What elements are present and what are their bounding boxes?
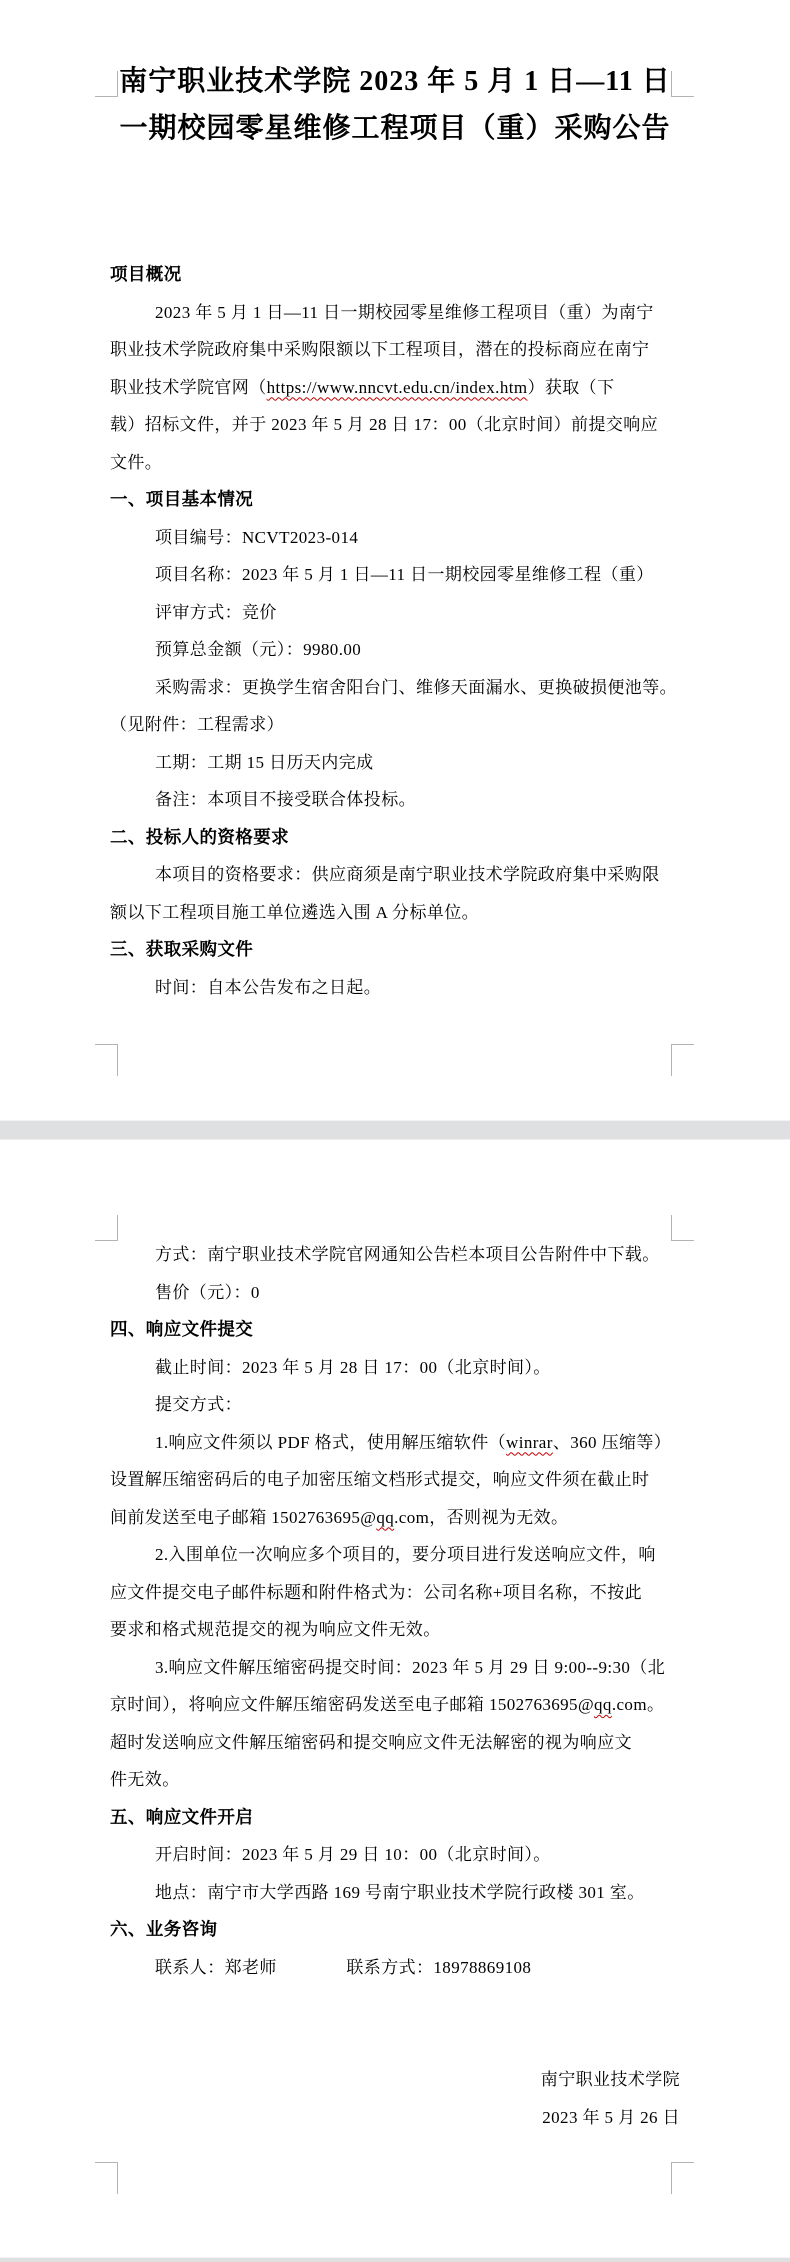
page-separator-bottom [0,2257,790,2262]
text-run: 职业技术学院官网（ [110,378,267,397]
text-line: 载）招标文件，并于 2023 年 5 月 28 日 17：00（北京时间）前提交… [110,406,680,444]
text-run: 开启时间：2023 年 5 月 29 日 10：00（北京时间）。 [155,1845,551,1864]
text-line: 截止时间：2023 年 5 月 28 日 17：00（北京时间）。 [110,1349,680,1387]
text-run: 本项目的资格要求：供应商须是南宁职业技术学院政府集中采购限 [155,865,660,884]
text-line: 2023 年 5 月 26 日 [110,2099,680,2137]
text-run: 六、业务咨询 [110,1919,217,1939]
text-run: .com，否则视为无效。 [394,1508,568,1527]
text-run: 联系人：郑老师 联系方式：18978869108 [155,1958,531,1977]
page-1-content: 项目概况2023 年 5 月 1 日—11 日一期校园零星维修工程项目（重）为南… [0,256,790,1006]
text-line: 职业技术学院官网（https://www.nncvt.edu.cn/index.… [110,369,680,407]
text-line: 2.入围单位一次响应多个项目的，要分项目进行发送响应文件，响 [110,1536,680,1574]
text-run: 职业技术学院政府集中采购限额以下工程项目，潜在的投标商应在南宁 [110,340,649,359]
text-run: 京时间），将响应文件解压缩密码发送至电子邮箱 1502763695@ [110,1695,594,1714]
text-run: （见附件：工程需求） [110,715,284,734]
text-line: 联系人：郑老师 联系方式：18978869108 [110,1949,680,1987]
page-1: 南宁职业技术学院 2023 年 5 月 1 日—11 日 一期校园零星维修工程项… [0,0,790,1120]
page-separator [0,1120,790,1140]
document-view[interactable]: 南宁职业技术学院 2023 年 5 月 1 日—11 日 一期校园零星维修工程项… [0,0,790,2262]
text-line: 工期：工期 15 日历天内完成 [110,744,680,782]
text-run: 时间：自本公告发布之日起。 [155,978,381,997]
section-heading: 五、响应文件开启 [110,1799,680,1837]
section-heading: 六、业务咨询 [110,1911,680,1949]
text-line: 3.响应文件解压缩密码提交时间：2023 年 5 月 29 日 9:00--9:… [110,1649,680,1687]
text-line: 职业技术学院政府集中采购限额以下工程项目，潜在的投标商应在南宁 [110,331,680,369]
text-run: 评审方式：竞价 [155,603,277,622]
section-heading: 一、项目基本情况 [110,481,680,519]
text-line: 额以下工程项目施工单位遴选入围 A 分标单位。 [110,894,680,932]
text-run: 一、项目基本情况 [110,489,253,509]
text-line: 时间：自本公告发布之日起。 [110,969,680,1007]
section-heading: 项目概况 [110,256,680,294]
text-run: 3.响应文件解压缩密码提交时间：2023 年 5 月 29 日 9:00--9:… [155,1658,665,1677]
margin-mark-top-right [671,1215,694,1241]
text-line: 采购需求：更换学生宿舍阳台门、维修天面漏水、更换破损便池等。 [110,669,680,707]
text-line: 提交方式： [110,1386,680,1424]
text-run: 2023 年 5 月 26 日 [542,2108,680,2127]
text-line: 京时间），将响应文件解压缩密码发送至电子邮箱 1502763695@qq.com… [110,1686,680,1724]
text-run: ）获取（下 [527,378,614,397]
text-run: 1.响应文件须以 PDF 格式，使用解压缩软件（ [155,1433,506,1452]
text-line: 要求和格式规范提交的视为响应文件无效。 [110,1611,680,1649]
text-run: 预算总金额（元）：9980.00 [155,640,361,659]
text-run: 超时发送响应文件解压缩密码和提交响应文件无法解密的视为响应文 [110,1733,632,1752]
text-line: 开启时间：2023 年 5 月 29 日 10：00（北京时间）。 [110,1836,680,1874]
text-run: 工期：工期 15 日历天内完成 [155,753,374,772]
text-line: 件无效。 [110,1761,680,1799]
text-run: 件无效。 [110,1770,180,1789]
text-run: 备注：本项目不接受联合体投标。 [155,790,416,809]
text-run: 2023 年 5 月 1 日—11 日一期校园零星维修工程项目（重）为南宁 [155,303,654,322]
spellcheck-squiggle-text: winrar [506,1433,553,1452]
section-heading: 三、获取采购文件 [110,931,680,969]
margin-mark-top-left [95,71,118,97]
spellcheck-squiggle-text: qq [594,1695,612,1714]
text-run: 售价（元）：0 [155,1283,260,1302]
margin-mark-bottom-right [671,2162,694,2194]
text-run: 2.入围单位一次响应多个项目的，要分项目进行发送响应文件，响 [155,1545,656,1564]
text-run: 载）招标文件，并于 2023 年 5 月 28 日 17：00（北京时间）前提交… [110,415,658,434]
text-run: .com。 [612,1695,665,1714]
text-run: 、360 压缩等） [553,1433,671,1452]
text-line: 项目名称：2023 年 5 月 1 日—11 日一期校园零星维修工程（重） [110,556,680,594]
page-2-content: 方式：南宁职业技术学院官网通知公告栏本项目公告附件中下载。售价（元）：0四、响应… [0,1140,790,2136]
margin-mark-top-left [95,1215,118,1241]
text-run: 要求和格式规范提交的视为响应文件无效。 [110,1620,441,1639]
text-line: 方式：南宁职业技术学院官网通知公告栏本项目公告附件中下载。 [110,1236,680,1274]
text-run: 二、投标人的资格要求 [110,827,289,847]
text-line: 备注：本项目不接受联合体投标。 [110,781,680,819]
text-run: 南宁职业技术学院 [541,2070,680,2089]
text-line: 设置解压缩密码后的电子加密压缩文档形式提交，响应文件须在截止时 [110,1461,680,1499]
text-line: 评审方式：竞价 [110,594,680,632]
spellcheck-squiggle-text: qq [376,1508,394,1527]
blank-line [110,2024,680,2062]
text-run: 项目概况 [110,264,182,284]
margin-mark-bottom-right [671,1044,694,1076]
section-heading: 四、响应文件提交 [110,1311,680,1349]
text-run: 间前发送至电子邮箱 1502763695@ [110,1508,376,1527]
text-run: 项目编号：NCVT2023-014 [155,528,358,547]
text-run: 文件。 [110,453,162,472]
page-2: 方式：南宁职业技术学院官网通知公告栏本项目公告附件中下载。售价（元）：0四、响应… [0,1140,790,2257]
text-run: 四、响应文件提交 [110,1319,253,1339]
margin-mark-bottom-left [95,2162,118,2194]
text-run: 额以下工程项目施工单位遴选入围 A 分标单位。 [110,903,479,922]
text-run: 方式：南宁职业技术学院官网通知公告栏本项目公告附件中下载。 [155,1245,660,1264]
text-run: 五、响应文件开启 [110,1807,253,1827]
margin-mark-bottom-left [95,1044,118,1076]
spellcheck-squiggle-text: https://www.nncvt.edu.cn/index.htm [267,378,528,397]
text-run: 项目名称：2023 年 5 月 1 日—11 日一期校园零星维修工程（重） [155,565,654,584]
doc-title-line-2: 一期校园零星维修工程项目（重）采购公告 [0,105,790,152]
text-line: 南宁职业技术学院 [110,2061,680,2099]
text-line: 地点：南宁市大学西路 169 号南宁职业技术学院行政楼 301 室。 [110,1874,680,1912]
margin-mark-top-right [671,71,694,97]
text-line: 间前发送至电子邮箱 1502763695@qq.com，否则视为无效。 [110,1499,680,1537]
text-line: 文件。 [110,444,680,482]
text-run: 提交方式： [155,1395,242,1414]
text-run: 采购需求：更换学生宿舍阳台门、维修天面漏水、更换破损便池等。 [155,678,677,697]
text-line: 超时发送响应文件解压缩密码和提交响应文件无法解密的视为响应文 [110,1724,680,1762]
section-heading: 二、投标人的资格要求 [110,819,680,857]
text-run: 地点：南宁市大学西路 169 号南宁职业技术学院行政楼 301 室。 [155,1883,645,1902]
text-run: 三、获取采购文件 [110,939,253,959]
text-line: （见附件：工程需求） [110,706,680,744]
text-line: 1.响应文件须以 PDF 格式，使用解压缩软件（winrar、360 压缩等） [110,1424,680,1462]
text-run: 截止时间：2023 年 5 月 28 日 17：00（北京时间）。 [155,1358,551,1377]
text-line: 项目编号：NCVT2023-014 [110,519,680,557]
text-line: 本项目的资格要求：供应商须是南宁职业技术学院政府集中采购限 [110,856,680,894]
text-line: 应文件提交电子邮件标题和附件格式为：公司名称+项目名称，不按此 [110,1574,680,1612]
text-run: 应文件提交电子邮件标题和附件格式为：公司名称+项目名称，不按此 [110,1583,642,1602]
text-run: 设置解压缩密码后的电子加密压缩文档形式提交，响应文件须在截止时 [110,1470,649,1489]
text-line: 售价（元）：0 [110,1274,680,1312]
text-line: 预算总金额（元）：9980.00 [110,631,680,669]
text-line: 2023 年 5 月 1 日—11 日一期校园零星维修工程项目（重）为南宁 [110,294,680,332]
blank-line [110,1986,680,2024]
